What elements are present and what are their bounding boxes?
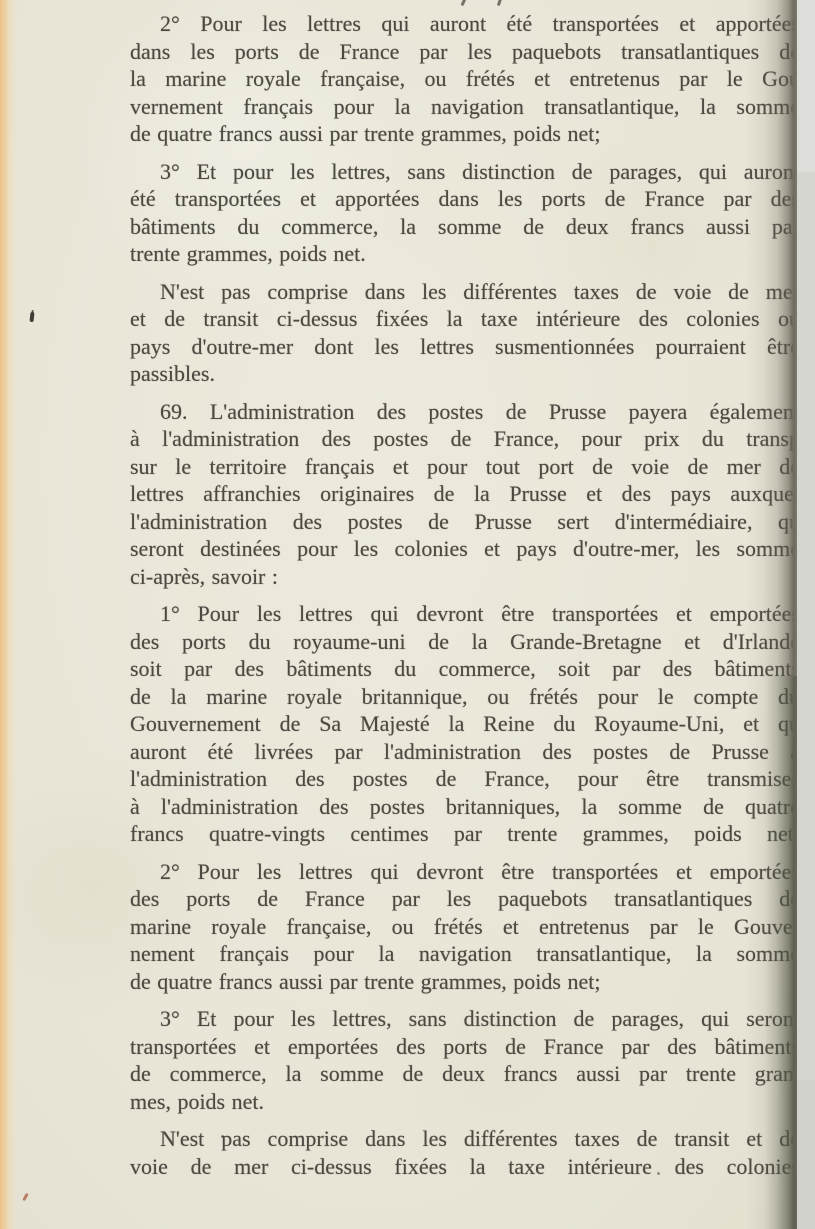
text-line: 1° Pour les lettres qui devront être tra… xyxy=(130,600,800,628)
paragraph: N'est pas comprise dans les différentes … xyxy=(130,278,800,388)
scanned-book-page: { "page": { "language": "fr", "paragraph… xyxy=(0,0,815,1229)
text-line: 3° Et pour les lettres, sans distinction… xyxy=(130,158,800,186)
text-line: marine royale française, ou frétés et en… xyxy=(130,913,800,941)
text-line: N'est pas comprise dans les différentes … xyxy=(130,278,800,306)
text-line: à l'administration des postes britanniqu… xyxy=(130,793,800,821)
text-line: passibles. xyxy=(130,360,800,388)
text-line: ci-après, savoir : xyxy=(130,563,800,591)
text-line: à l'administration des postes de France,… xyxy=(130,425,800,453)
text-line: de quatre francs aussi par trente gramme… xyxy=(130,120,800,148)
text-line: l'administration des postes de France, p… xyxy=(130,765,800,793)
text-line: et de transit ci-dessus fixées la taxe i… xyxy=(130,305,800,333)
text-line: l'administration des postes de Prusse se… xyxy=(130,508,800,536)
text-line: Gouvernement de Sa Majesté la Reine du R… xyxy=(130,710,800,738)
left-page-edge xyxy=(0,0,18,1229)
page-text: 2° Pour les lettres qui auront été trans… xyxy=(130,10,800,1180)
text-line: de la marine royale britannique, ou frét… xyxy=(130,683,800,711)
paragraph: 1° Pour les lettres qui devront être tra… xyxy=(130,600,800,848)
paragraph: 3° Et pour les lettres, sans distinction… xyxy=(130,158,800,268)
text-line: la marine royale française, ou frétés et… xyxy=(130,65,800,93)
text-line: de quatre francs aussi par trente gramme… xyxy=(130,968,800,996)
text-line: trente grammes, poids net. xyxy=(130,240,800,268)
text-line: sur le territoire français et pour tout … xyxy=(130,453,800,481)
text-line: transportées et emportées des ports de F… xyxy=(130,1033,800,1061)
text-line: N'est pas comprise dans les différentes … xyxy=(130,1125,800,1153)
scan-background-strip-bottom xyxy=(797,1080,815,1229)
text-line: été transportées et apportées dans les p… xyxy=(130,185,800,213)
text-line: dans les ports de France par les paquebo… xyxy=(130,38,800,66)
text-line: auront été livrées par l'administration … xyxy=(130,738,800,766)
text-line: voie de mer ci-dessus fixées la taxe int… xyxy=(130,1153,800,1181)
text-line: lettres affranchies originaires de la Pr… xyxy=(130,480,800,508)
paragraph: 69. L'administration des postes de Pruss… xyxy=(130,398,800,591)
paragraph: 2° Pour les lettres qui auront été trans… xyxy=(130,10,800,148)
paragraph: 3° Et pour les lettres, sans distinction… xyxy=(130,1005,800,1115)
text-line: mes, poids net. xyxy=(130,1088,800,1116)
text-line: 69. L'administration des postes de Pruss… xyxy=(130,398,800,426)
text-line: des ports du royaume-uni de la Grande-Br… xyxy=(130,628,800,656)
text-line: pays d'outre-mer dont les lettres susmen… xyxy=(130,333,800,361)
text-line: de commerce, la somme de deux francs aus… xyxy=(130,1060,800,1088)
paragraph: N'est pas comprise dans les différentes … xyxy=(130,1125,800,1180)
text-line: 2° Pour les lettres qui devront être tra… xyxy=(130,858,800,886)
text-line: des ports de France par les paquebots tr… xyxy=(130,885,800,913)
page-gutter-shadow xyxy=(745,0,797,1229)
text-line: soit par des bâtiments du commerce, soit… xyxy=(130,655,800,683)
text-line: bâtiments du commerce, la somme de deux … xyxy=(130,213,800,241)
text-line: vernement français pour la navigation tr… xyxy=(130,93,800,121)
text-line: seront destinées pour les colonies et pa… xyxy=(130,535,800,563)
ink-speck xyxy=(657,1172,660,1175)
scan-background-strip xyxy=(797,0,815,1229)
scan-background-strip-top xyxy=(797,0,815,172)
text-line: 2° Pour les lettres qui auront été trans… xyxy=(130,10,800,38)
text-line: francs quatre-vingts centimes par trente… xyxy=(130,820,800,848)
ink-speck xyxy=(221,1135,224,1138)
paragraph: 2° Pour les lettres qui devront être tra… xyxy=(130,858,800,996)
text-line: nement français pour la navigation trans… xyxy=(130,940,800,968)
text-line: 3° Et pour les lettres, sans distinction… xyxy=(130,1005,800,1033)
